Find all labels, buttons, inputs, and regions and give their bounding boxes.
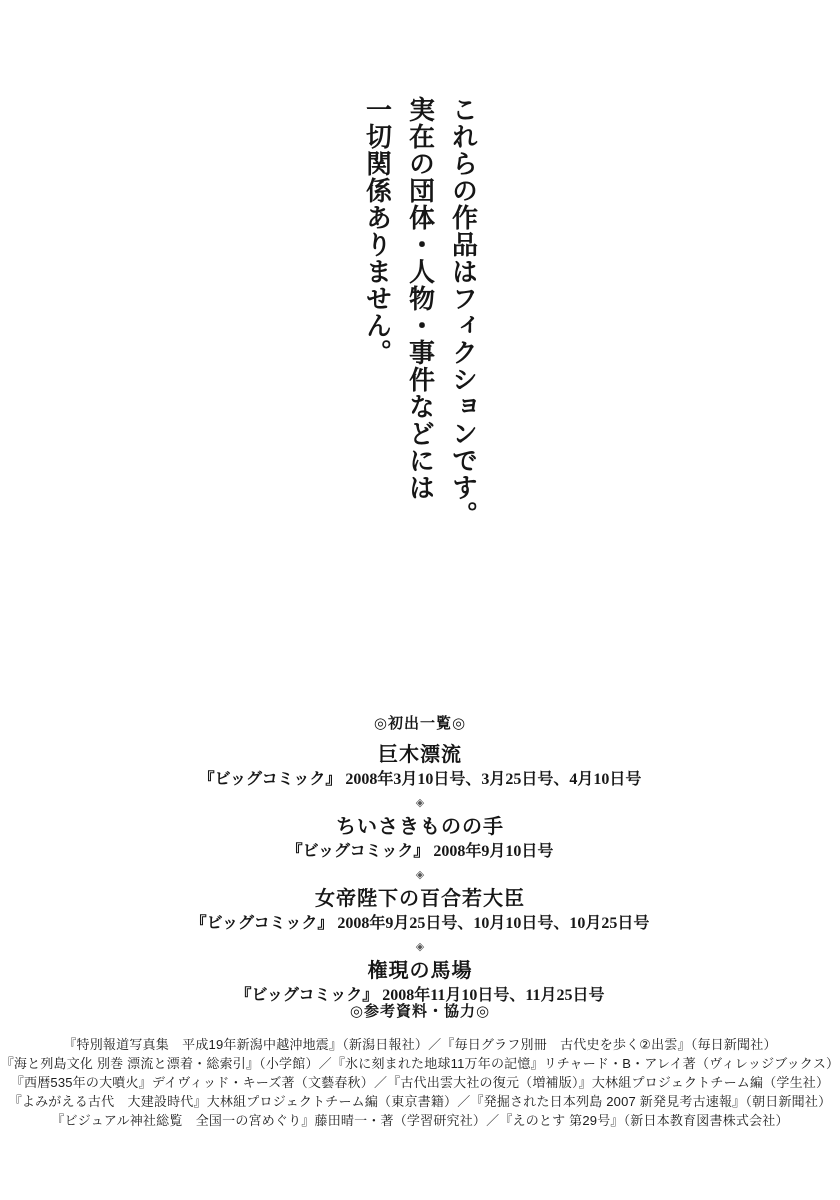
work-title: 巨木漂流 [0, 744, 840, 767]
reference-line: 『よみがえる古代 大建設時代』大林組プロジェクトチーム編（東京書籍）／『発掘され… [0, 1092, 840, 1111]
first-publication-section: ◎初出一覧◎ 巨木漂流 『ビッグコミック』 2008年3月10日号、3月25日号… [0, 714, 840, 1006]
first-publication-header: ◎初出一覧◎ [0, 714, 840, 734]
publication-entry: ちいさきものの手 『ビッグコミック』 2008年9月10日号 [0, 816, 840, 862]
reference-line: 『ビジュアル神社総覧 全国一の宮めぐり』藤田晴一・著（学習研究社）／『えのとす … [0, 1111, 840, 1130]
references-header: ◎参考資料・協力◎ [0, 1002, 840, 1022]
publication-info: 『ビッグコミック』 2008年9月25日号、10月10日号、10月25日号 [0, 914, 840, 934]
disclaimer-line: 一切関係ありません。 [356, 96, 399, 556]
reference-line: 『西暦535年の大噴火』デイヴィッド・キーズ著（文藝春秋）／『古代出雲大社の復元… [0, 1073, 840, 1092]
disclaimer-line: これらの作品はフィクションです。 [442, 96, 485, 556]
publication-entry: 女帝陛下の百合若大臣 『ビッグコミック』 2008年9月25日号、10月10日号… [0, 888, 840, 934]
references-section: ◎参考資料・協力◎ 『特別報道写真集 平成19年新潟中越沖地震』（新潟日報社）／… [0, 1002, 840, 1130]
diamond-separator-icon: ◈ [0, 940, 840, 954]
work-title: ちいさきものの手 [0, 816, 840, 839]
diamond-separator-icon: ◈ [0, 796, 840, 810]
publication-info: 『ビッグコミック』 2008年9月10日号 [0, 842, 840, 862]
fiction-disclaimer: これらの作品はフィクションです。 実在の団体・人物・事件などには 一切関係ありま… [356, 96, 485, 556]
work-title: 女帝陛下の百合若大臣 [0, 888, 840, 911]
work-title: 権現の馬場 [0, 960, 840, 983]
publication-info: 『ビッグコミック』 2008年3月10日号、3月25日号、4月10日号 [0, 770, 840, 790]
publication-entry: 権現の馬場 『ビッグコミック』 2008年11月10日号、11月25日号 [0, 960, 840, 1006]
reference-line: 『海と列島文化 別巻 漂流と漂着・総索引』（小学館）／『氷に刻まれた地球11万年… [0, 1054, 840, 1073]
disclaimer-line: 実在の団体・人物・事件などには [399, 96, 442, 556]
colophon-page: これらの作品はフィクションです。 実在の団体・人物・事件などには 一切関係ありま… [0, 0, 840, 1200]
diamond-separator-icon: ◈ [0, 868, 840, 882]
reference-line: 『特別報道写真集 平成19年新潟中越沖地震』（新潟日報社）／『毎日グラフ別冊 古… [0, 1035, 840, 1054]
publication-entry: 巨木漂流 『ビッグコミック』 2008年3月10日号、3月25日号、4月10日号 [0, 744, 840, 790]
